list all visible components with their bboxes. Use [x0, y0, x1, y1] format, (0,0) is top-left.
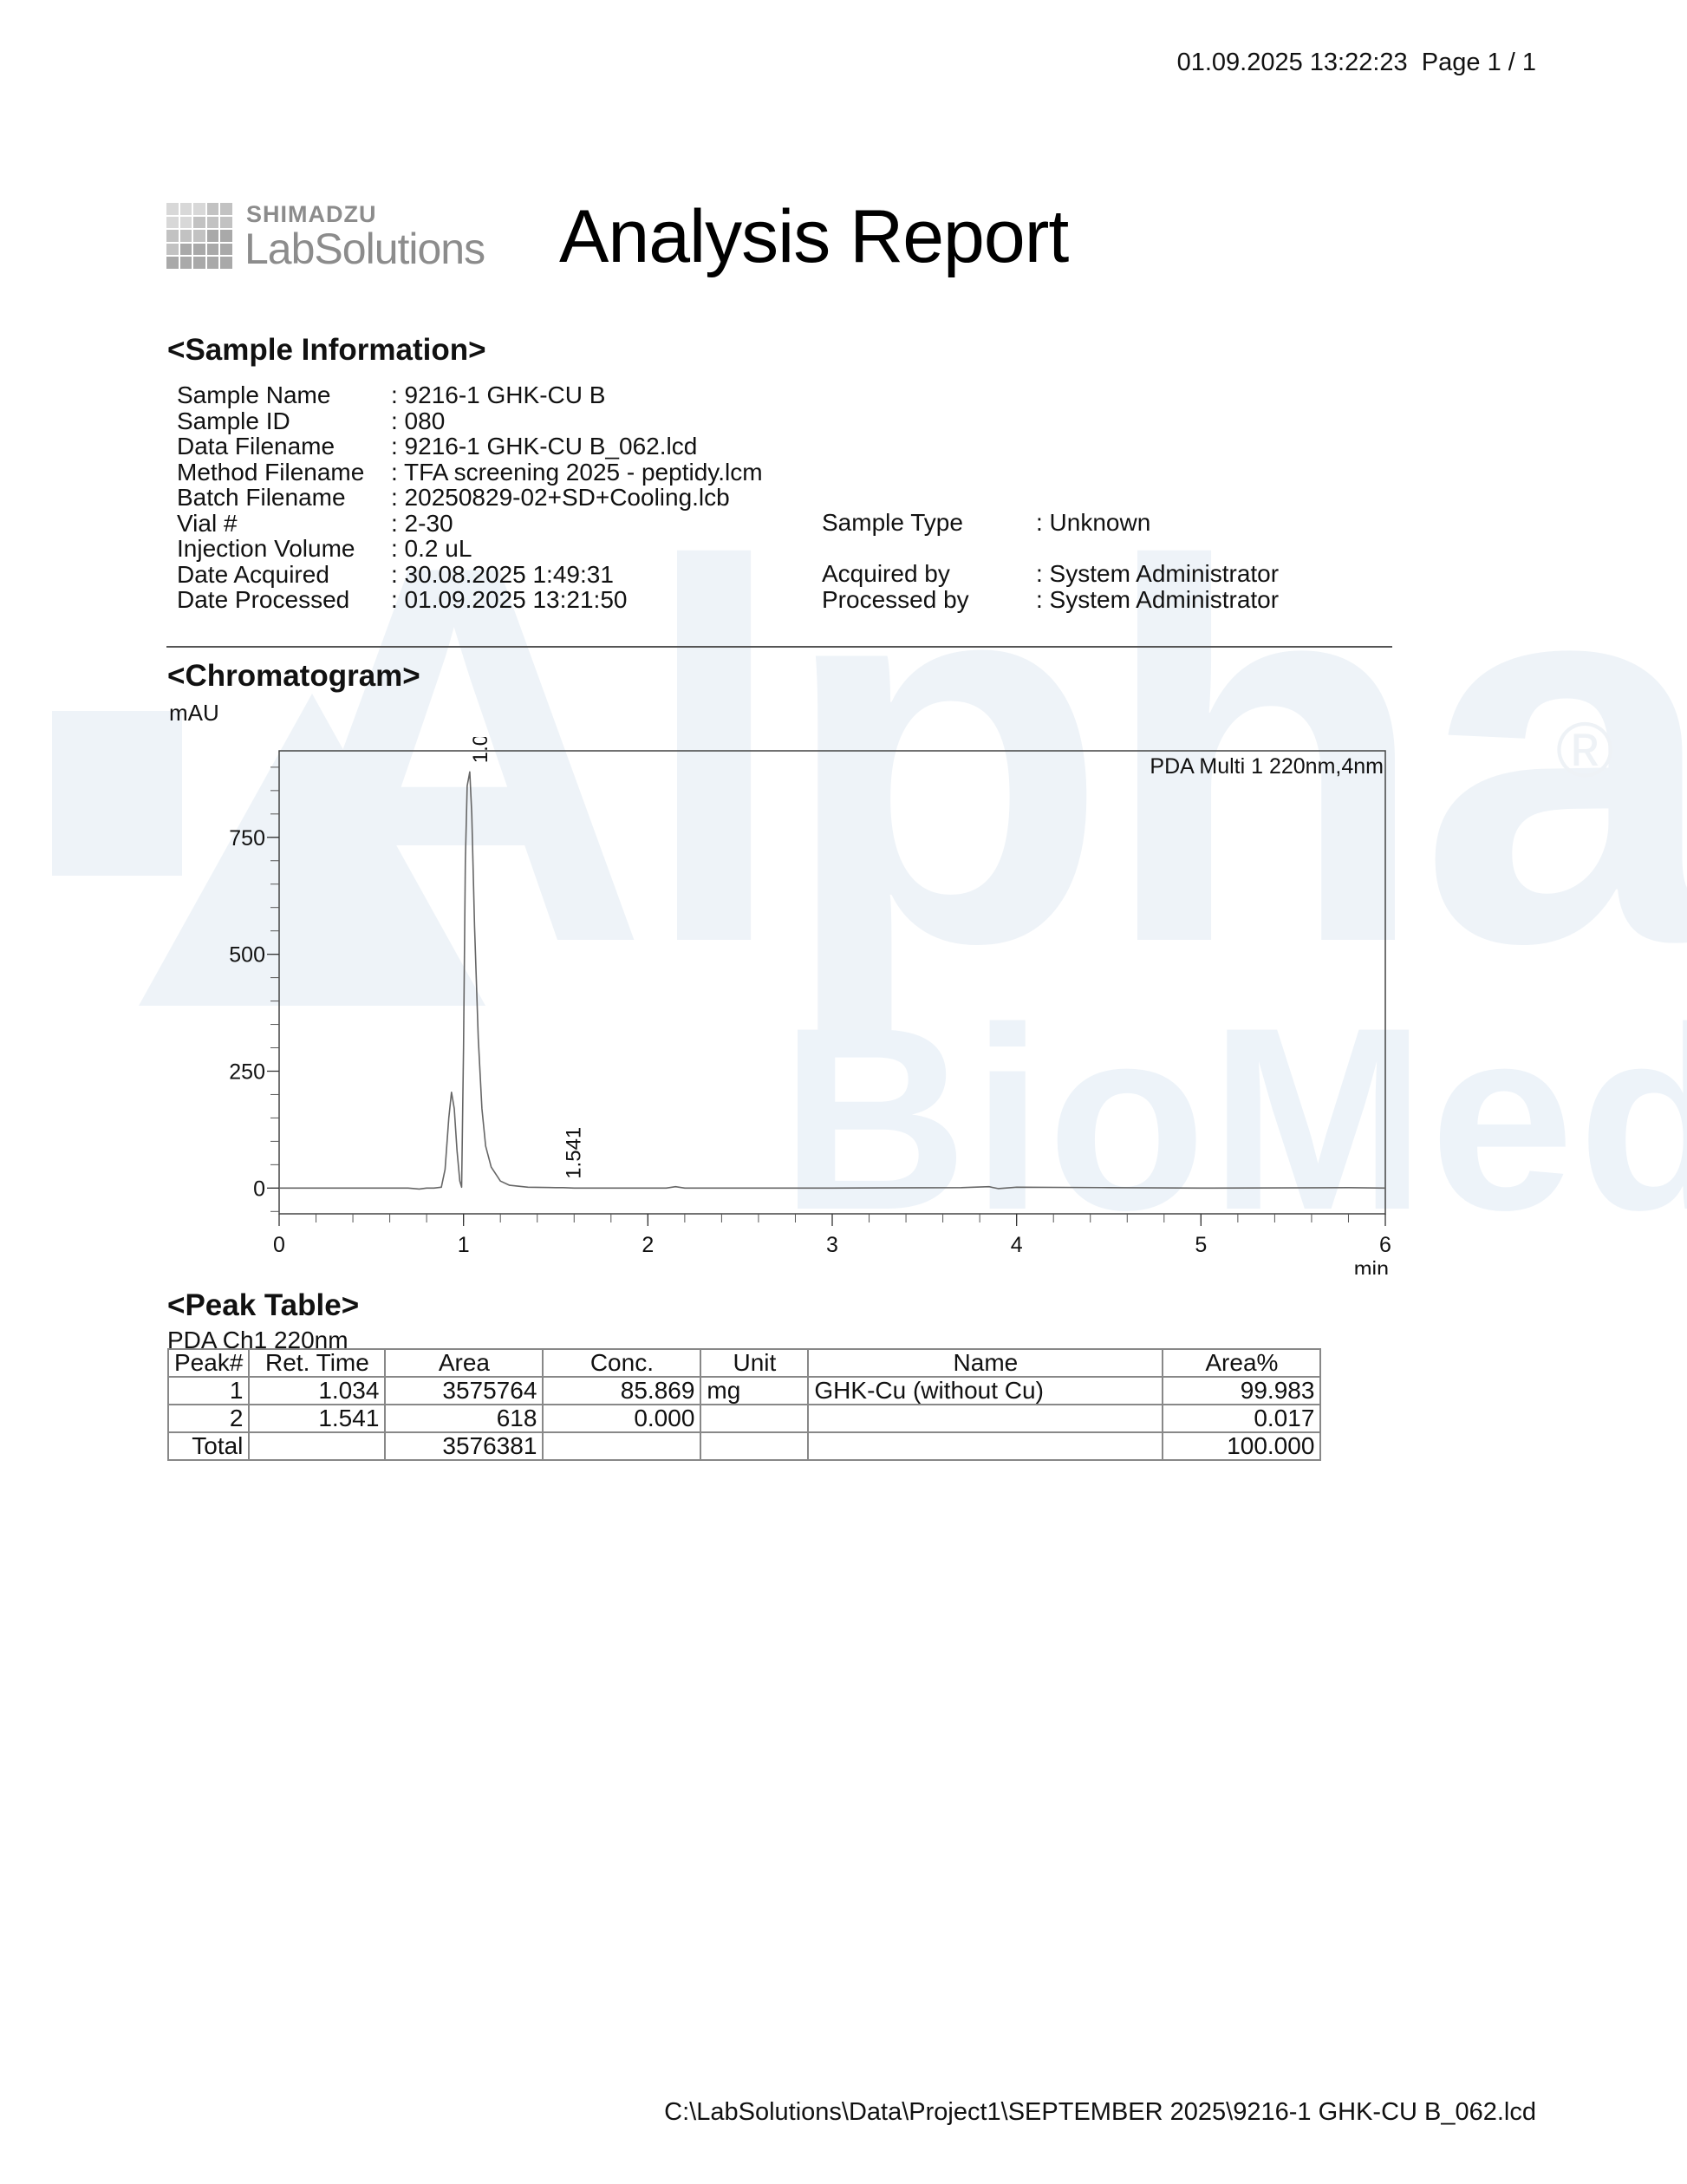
page-number: Page 1 / 1	[1422, 49, 1536, 76]
sample-info-value: : TFA screening 2025 - peptidy.lcm	[391, 460, 763, 486]
table-cell	[543, 1432, 700, 1460]
grid-logo-icon	[166, 203, 232, 269]
x-tick-label: 6	[1379, 1233, 1391, 1257]
table-cell	[249, 1432, 385, 1460]
column-header: Conc.	[543, 1349, 700, 1377]
table-cell: 100.000	[1163, 1432, 1320, 1460]
print-stamp: 01.09.2025 13:22:23 Page 1 / 1	[1177, 49, 1536, 77]
sample-info-right-labels: Sample TypeAcquired byProcessed by	[822, 510, 969, 612]
sample-info-label: Method Filename	[177, 460, 364, 486]
y-tick-label: 750	[229, 826, 265, 851]
table-row: 21.5416180.0000.017	[168, 1405, 1320, 1432]
sample-info-label: Processed by	[822, 587, 969, 613]
y-tick-label: 250	[229, 1059, 265, 1084]
x-tick-label: 3	[826, 1233, 838, 1257]
x-tick-label: 2	[642, 1233, 654, 1257]
sample-info-value: : 0.2 uL	[391, 536, 763, 562]
section-divider	[166, 646, 1392, 648]
sample-info-value: : 080	[391, 408, 763, 434]
chromatogram-trace	[279, 772, 1385, 1189]
peak-table: Peak#Ret. TimeAreaConc.UnitNameArea% 11.…	[167, 1348, 1321, 1461]
x-axis-label: min	[1354, 1257, 1389, 1275]
sample-info-value: : 30.08.2025 1:49:31	[391, 562, 763, 588]
table-cell: 3575764	[385, 1377, 543, 1405]
plot-frame	[279, 751, 1385, 1214]
peak-table-heading: <Peak Table>	[167, 1288, 359, 1323]
table-row: 11.034357576485.869mgGHK-Cu (without Cu)…	[168, 1377, 1320, 1405]
table-cell: 1.541	[249, 1405, 385, 1432]
x-tick-label: 1	[458, 1233, 470, 1257]
x-tick-label: 4	[1011, 1233, 1023, 1257]
table-cell	[808, 1405, 1163, 1432]
logo-product: LabSolutions	[244, 224, 485, 274]
column-header: Unit	[700, 1349, 808, 1377]
peak-rt-label: 1.034	[469, 737, 492, 763]
chromatogram-heading: <Chromatogram>	[167, 659, 420, 694]
table-cell: 3576381	[385, 1432, 543, 1460]
sample-info-label: Sample ID	[177, 408, 364, 434]
y-tick-label: 500	[229, 943, 265, 968]
sample-info-left-values: : 9216-1 GHK-CU B: 080: 9216-1 GHK-CU B_…	[391, 382, 763, 613]
sample-info-label: Injection Volume	[177, 536, 364, 562]
table-cell: 1	[168, 1377, 249, 1405]
legend-label: PDA Multi 1 220nm,4nm	[1150, 754, 1384, 779]
table-cell: mg	[700, 1377, 808, 1405]
table-cell: 618	[385, 1405, 543, 1432]
table-row: Total3576381100.000	[168, 1432, 1320, 1460]
sample-info-label: Data Filename	[177, 434, 364, 460]
sample-info-heading: <Sample Information>	[167, 333, 486, 368]
table-cell: 2	[168, 1405, 249, 1432]
y-axis-unit: mAU	[169, 700, 219, 727]
x-tick-label: 5	[1195, 1233, 1207, 1257]
table-cell	[808, 1432, 1163, 1460]
sample-info-value: : 9216-1 GHK-CU B	[391, 382, 763, 408]
sample-info-left-labels: Sample NameSample IDData FilenameMethod …	[177, 382, 364, 613]
chromatogram-chart: 02505007500123456minPDA Multi 1 220nm,4n…	[199, 737, 1413, 1275]
table-cell: 0.017	[1163, 1405, 1320, 1432]
watermark-cross	[52, 711, 182, 876]
table-cell: GHK-Cu (without Cu)	[808, 1377, 1163, 1405]
print-timestamp: 01.09.2025 13:22:23	[1177, 49, 1408, 76]
table-cell: 99.983	[1163, 1377, 1320, 1405]
sample-info-label: Sample Type	[822, 510, 969, 536]
column-header: Area	[385, 1349, 543, 1377]
sample-info-value: : 9216-1 GHK-CU B_062.lcd	[391, 434, 763, 460]
sample-info-label: Batch Filename	[177, 485, 364, 511]
y-tick-label: 0	[253, 1177, 265, 1201]
table-cell: 85.869	[543, 1377, 700, 1405]
report-title: Analysis Report	[559, 194, 1068, 280]
shimadzu-logo: SHIMADZU LabSolutions	[166, 201, 522, 271]
peak-rt-label: 1.541	[563, 1127, 586, 1179]
sample-info-label: Vial #	[177, 511, 364, 537]
sample-info-label: Acquired by	[822, 561, 969, 587]
table-cell	[700, 1405, 808, 1432]
column-header: Name	[808, 1349, 1163, 1377]
sample-info-value: : System Administrator	[1036, 561, 1279, 587]
column-header: Area%	[1163, 1349, 1320, 1377]
watermark-registered-icon: ®	[1556, 707, 1613, 796]
sample-info-label: Date Acquired	[177, 562, 364, 588]
sample-info-right-values: : Unknown: System Administrator: System …	[1036, 510, 1279, 612]
sample-info-value: : System Administrator	[1036, 587, 1279, 613]
sample-info-value: : Unknown	[1036, 510, 1279, 536]
table-cell: 1.034	[249, 1377, 385, 1405]
column-header: Peak#	[168, 1349, 249, 1377]
sample-info-value: : 01.09.2025 13:21:50	[391, 587, 763, 613]
table-cell: Total	[168, 1432, 249, 1460]
sample-info-label: Date Processed	[177, 587, 364, 613]
column-header: Ret. Time	[249, 1349, 385, 1377]
data-file-path: C:\LabSolutions\Data\Project1\SEPTEMBER …	[664, 2098, 1536, 2127]
x-tick-label: 0	[273, 1233, 285, 1257]
sample-info-value: : 20250829-02+SD+Cooling.lcb	[391, 485, 763, 511]
table-cell: 0.000	[543, 1405, 700, 1432]
sample-info-label: Sample Name	[177, 382, 364, 408]
table-cell	[700, 1432, 808, 1460]
sample-info-value: : 2-30	[391, 511, 763, 537]
